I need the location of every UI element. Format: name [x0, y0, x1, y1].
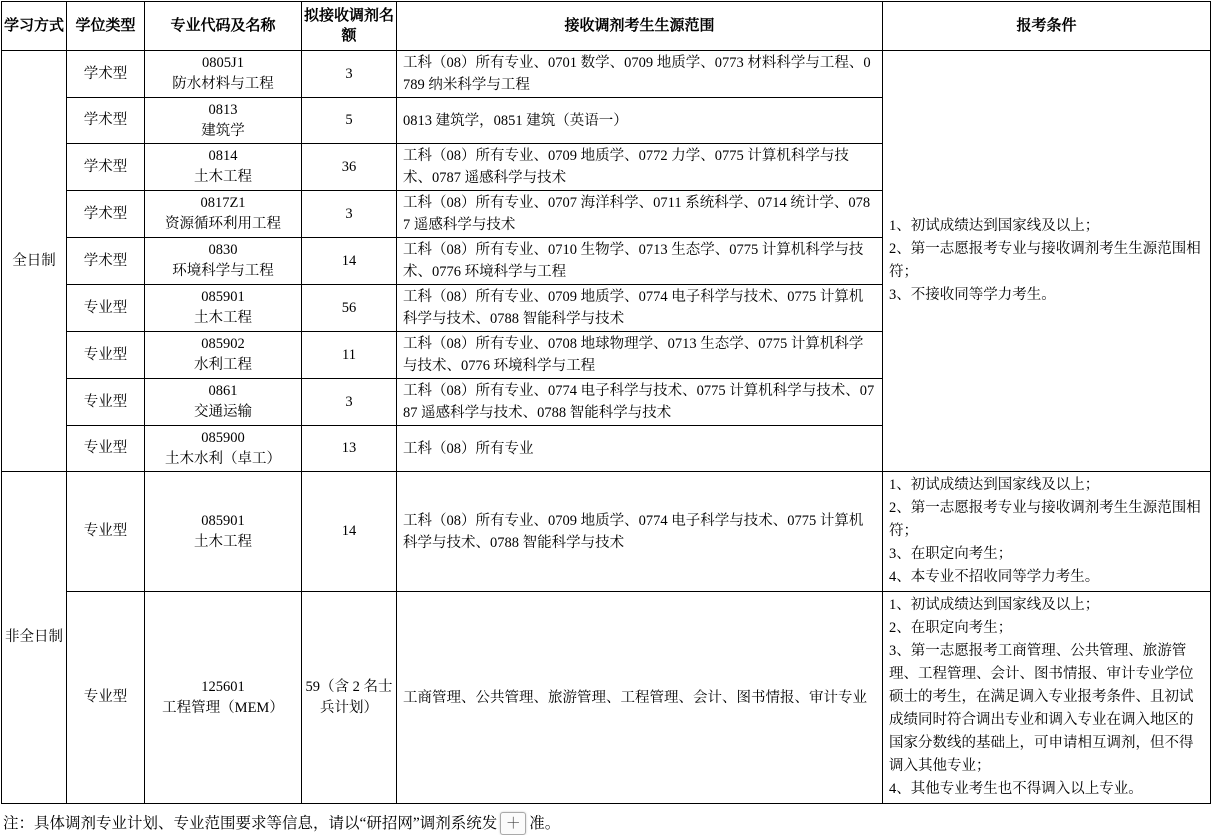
source-range-cell: 工科（08）所有专业、0709 地质学、0774 电子科学与技术、0775 计算…: [397, 472, 883, 592]
condition-line: 3、在职定向考生；: [889, 543, 1204, 566]
major-cell: 0817Z1 资源循环利用工程: [145, 191, 302, 238]
quota-cell: 13: [302, 426, 397, 472]
major-name: 环境科学与工程: [147, 261, 299, 282]
conditions-cell: 1、初试成绩达到国家线及以上； 2、第一志愿报考专业与接收调剂考生生源范围相符；…: [883, 472, 1211, 592]
condition-line: 2、第一志愿报考专业与接收调剂考生生源范围相符；: [889, 238, 1204, 284]
major-cell: 0813 建筑学: [145, 98, 302, 144]
major-name: 水利工程: [147, 355, 299, 376]
header-quota: 拟接收调剂名额: [302, 2, 397, 51]
major-cell: 0830 环境科学与工程: [145, 238, 302, 285]
plus-icon[interactable]: ＋: [500, 812, 526, 835]
conditions-cell: 1、初试成绩达到国家线及以上； 2、在职定向考生； 3、第一志愿报考工商管理、公…: [883, 592, 1211, 804]
source-range-cell: 工科（08）所有专业、0708 地球物理学、0713 生态学、0775 计算机科…: [397, 332, 883, 379]
condition-line: 2、第一志愿报考专业与接收调剂考生生源范围相符；: [889, 497, 1204, 543]
major-name: 资源循环利用工程: [147, 214, 299, 235]
conditions-cell-fulltime: 1、初试成绩达到国家线及以上； 2、第一志愿报考专业与接收调剂考生生源范围相符；…: [883, 51, 1211, 472]
condition-line: 3、不接收同等学力考生。: [889, 284, 1204, 307]
transfer-quota-table: 学习方式 学位类型 专业代码及名称 拟接收调剂名额 接收调剂考生生源范围 报考条…: [1, 1, 1211, 804]
major-name: 土木工程: [147, 532, 299, 553]
quota-cell: 11: [302, 332, 397, 379]
major-code: 085901: [147, 511, 299, 532]
degree-type-cell: 专业型: [67, 332, 145, 379]
source-range-cell: 工科（08）所有专业、0710 生物学、0713 生态学、0775 计算机科学与…: [397, 238, 883, 285]
major-cell: 085902 水利工程: [145, 332, 302, 379]
source-range-cell: 工科（08）所有专业、0774 电子科学与技术、0775 计算机科学与技术、07…: [397, 379, 883, 426]
degree-type-cell: 学术型: [67, 98, 145, 144]
degree-type-cell: 专业型: [67, 285, 145, 332]
study-mode-cell-fulltime: 全日制: [2, 51, 67, 472]
major-name: 建筑学: [147, 121, 299, 142]
quota-cell: 59（含 2 名士兵计划）: [302, 592, 397, 804]
table-row: 全日制 学术型 0805J1 防水材料与工程 3 工科（08）所有专业、0701…: [2, 51, 1211, 98]
degree-type-cell: 专业型: [67, 592, 145, 804]
major-code: 125601: [147, 677, 299, 698]
header-source-range: 接收调剂考生生源范围: [397, 2, 883, 51]
quota-cell: 3: [302, 51, 397, 98]
major-code: 085901: [147, 287, 299, 308]
major-code: 0861: [147, 381, 299, 402]
major-cell: 085900 土木水利（卓工）: [145, 426, 302, 472]
source-range-cell: 工科（08）所有专业: [397, 426, 883, 472]
source-range-cell: 工科（08）所有专业、0707 海洋科学、0711 系统科学、0714 统计学、…: [397, 191, 883, 238]
major-code: 085902: [147, 334, 299, 355]
degree-type-cell: 学术型: [67, 238, 145, 285]
condition-line: 2、在职定向考生；: [889, 617, 1204, 640]
condition-line: 4、其他专业考生也不得调入以上专业。: [889, 778, 1204, 801]
quota-cell: 3: [302, 191, 397, 238]
major-name: 交通运输: [147, 402, 299, 423]
table-row: 非全日制 专业型 085901 土木工程 14 工科（08）所有专业、0709 …: [2, 472, 1211, 592]
major-name: 土木工程: [147, 167, 299, 188]
condition-line: 4、本专业不招收同等学力考生。: [889, 566, 1204, 589]
footer-note: 注：具体调剂专业计划、专业范围要求等信息，请以“研招网”调剂系统发 ＋ 准。: [3, 812, 1211, 835]
major-name: 土木水利（卓工）: [147, 449, 299, 470]
major-code: 0814: [147, 146, 299, 167]
source-range-cell: 工科（08）所有专业、0709 地质学、0774 电子科学与技术、0775 计算…: [397, 285, 883, 332]
major-cell: 085901 土木工程: [145, 472, 302, 592]
quota-cell: 14: [302, 238, 397, 285]
header-major: 专业代码及名称: [145, 2, 302, 51]
degree-type-cell: 专业型: [67, 472, 145, 592]
major-code: 0817Z1: [147, 193, 299, 214]
major-code: 085900: [147, 428, 299, 449]
quota-cell: 5: [302, 98, 397, 144]
degree-type-cell: 专业型: [67, 379, 145, 426]
study-mode-cell-parttime: 非全日制: [2, 472, 67, 804]
footer-note-text: 注：具体调剂专业计划、专业范围要求等信息，请以“研招网”调剂系统发: [3, 813, 497, 835]
major-name: 防水材料与工程: [147, 74, 299, 95]
condition-line: 1、初试成绩达到国家线及以上；: [889, 215, 1204, 238]
major-cell: 0861 交通运输: [145, 379, 302, 426]
condition-line: 3、第一志愿报考工商管理、公共管理、旅游管理、工程管理、会计、图书情报、审计专业…: [889, 640, 1204, 778]
major-cell: 0805J1 防水材料与工程: [145, 51, 302, 98]
major-code: 0805J1: [147, 53, 299, 74]
header-study-mode: 学习方式: [2, 2, 67, 51]
quota-cell: 3: [302, 379, 397, 426]
source-range-cell: 工商管理、公共管理、旅游管理、工程管理、会计、图书情报、审计专业: [397, 592, 883, 804]
quota-cell: 56: [302, 285, 397, 332]
quota-cell: 14: [302, 472, 397, 592]
quota-cell: 36: [302, 144, 397, 191]
source-range-cell: 0813 建筑学，0851 建筑（英语一）: [397, 98, 883, 144]
major-cell: 085901 土木工程: [145, 285, 302, 332]
degree-type-cell: 学术型: [67, 144, 145, 191]
major-cell: 0814 土木工程: [145, 144, 302, 191]
source-range-cell: 工科（08）所有专业、0709 地质学、0772 力学、0775 计算机科学与技…: [397, 144, 883, 191]
major-name: 工程管理（MEM）: [147, 698, 299, 719]
degree-type-cell: 学术型: [67, 51, 145, 98]
major-code: 0830: [147, 240, 299, 261]
major-code: 0813: [147, 100, 299, 121]
table-header-row: 学习方式 学位类型 专业代码及名称 拟接收调剂名额 接收调剂考生生源范围 报考条…: [2, 2, 1211, 51]
footer-note-text-after: 准。: [529, 813, 560, 835]
degree-type-cell: 专业型: [67, 426, 145, 472]
degree-type-cell: 学术型: [67, 191, 145, 238]
condition-line: 1、初试成绩达到国家线及以上；: [889, 594, 1204, 617]
major-name: 土木工程: [147, 308, 299, 329]
condition-line: 1、初试成绩达到国家线及以上；: [889, 474, 1204, 497]
table-row: 专业型 125601 工程管理（MEM） 59（含 2 名士兵计划） 工商管理、…: [2, 592, 1211, 804]
header-conditions: 报考条件: [883, 2, 1211, 51]
source-range-cell: 工科（08）所有专业、0701 数学、0709 地质学、0773 材料科学与工程…: [397, 51, 883, 98]
header-degree-type: 学位类型: [67, 2, 145, 51]
major-cell: 125601 工程管理（MEM）: [145, 592, 302, 804]
